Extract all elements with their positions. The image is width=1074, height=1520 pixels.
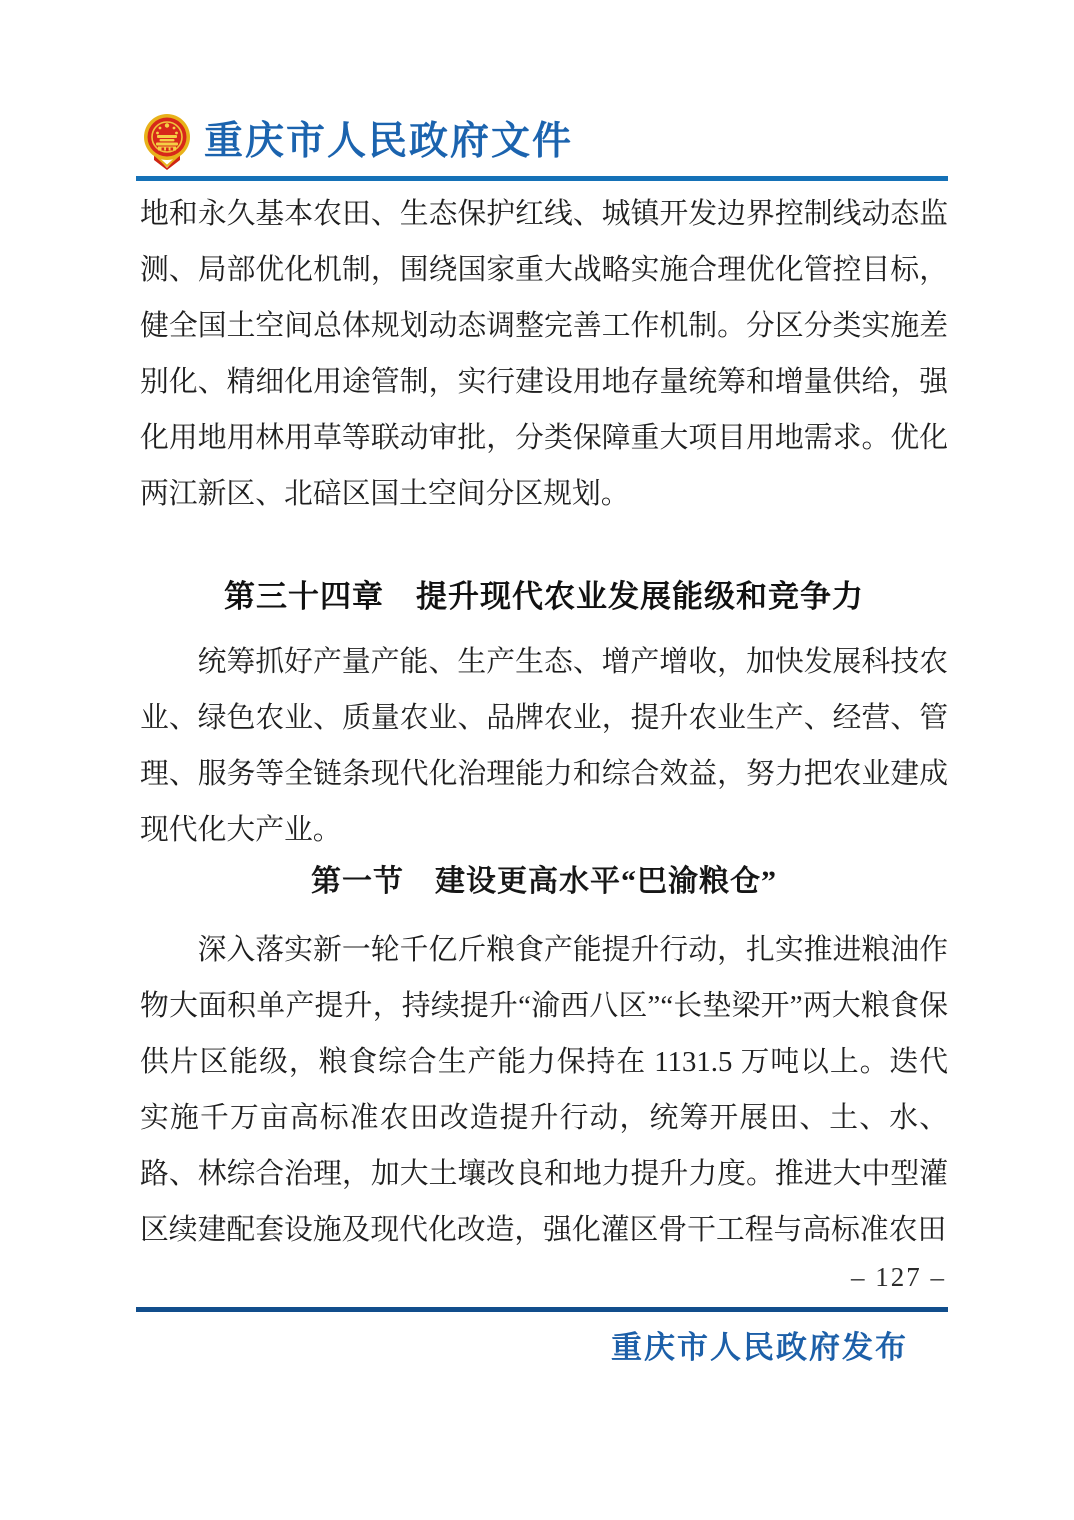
- section-heading: 第一节 建设更高水平“巴渝粮仓”: [140, 860, 948, 904]
- document-header: 重庆市人民政府文件: [140, 112, 950, 170]
- body-paragraph-1: 地和永久基本农田、生态保护红线、城镇开发边界控制线动态监测、局部优化机制，围绕国…: [140, 186, 948, 522]
- header-rule: [136, 176, 948, 181]
- china-national-emblem-icon: [140, 112, 194, 170]
- document-page: 重庆市人民政府文件 地和永久基本农田、生态保护红线、城镇开发边界控制线动态监测、…: [0, 0, 1074, 1520]
- document-body: 地和永久基本农田、生态保护红线、城镇开发边界控制线动态监测、局部优化机制，围绕国…: [140, 186, 948, 1258]
- page-number: – 127 –: [851, 1260, 946, 1294]
- footer-publisher: 重庆市人民政府发布: [611, 1328, 908, 1368]
- body-paragraph-2: 统筹抓好产量产能、生产生态、增产增收，加快发展科技农业、绿色农业、质量农业、品牌…: [140, 634, 948, 858]
- body-paragraph-3: 深入落实新一轮千亿斤粮食产能提升行动，扎实推进粮油作物大面积单产提升，持续提升“…: [140, 922, 948, 1258]
- footer-rule: [136, 1307, 948, 1312]
- document-header-title: 重庆市人民政府文件: [204, 122, 573, 161]
- chapter-heading: 第三十四章 提升现代农业发展能级和竞争力: [140, 574, 948, 620]
